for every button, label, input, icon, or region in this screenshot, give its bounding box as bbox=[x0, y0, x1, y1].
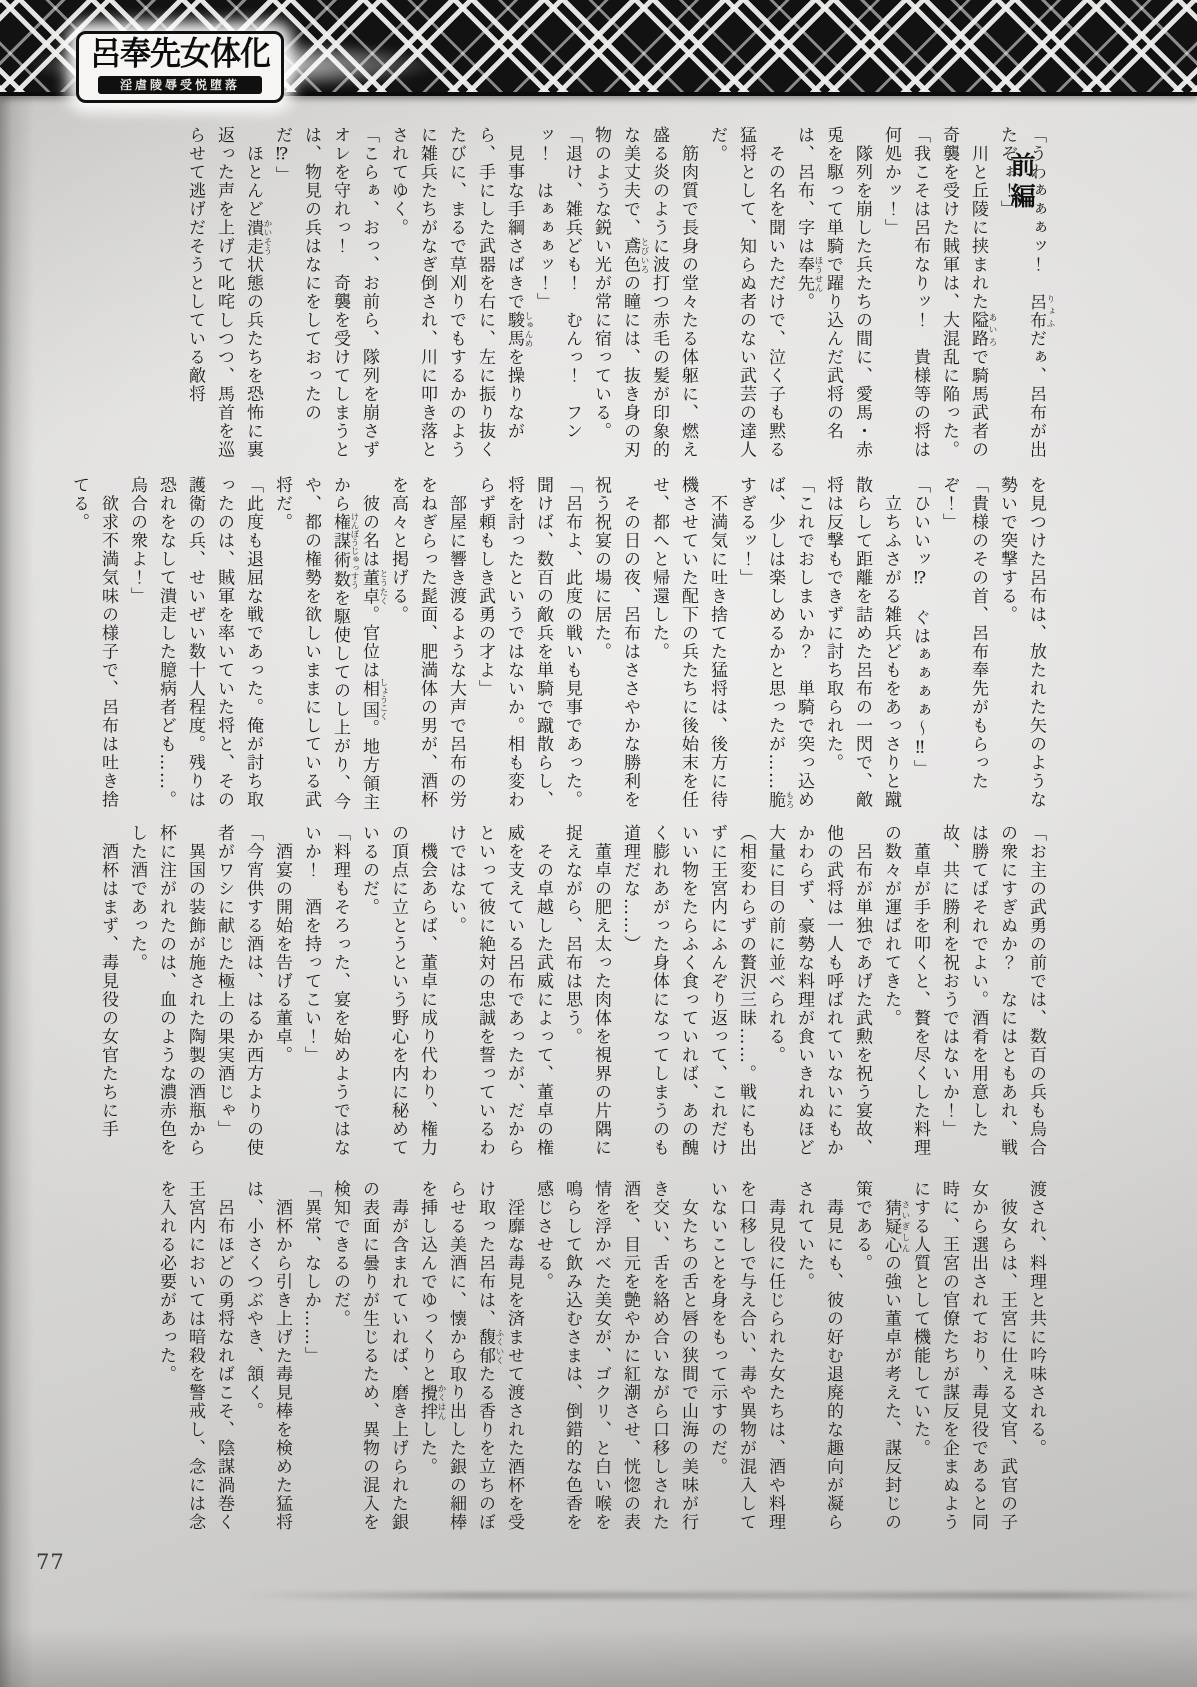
document-page: 呂奉先女体化 淫虐陵辱受悦堕落 前編 「うわぁぁぁッ！ 呂布りょふだぁ、呂布が出… bbox=[0, 0, 1197, 1687]
story-band-1: 「うわぁぁぁッ！ 呂布りょふだぁ、呂布が出たぞぉ！」 川と丘陵に挟まれた隘路あい… bbox=[58, 126, 1128, 474]
title-subtitle: 淫虐陵辱受悦堕落 bbox=[98, 76, 262, 94]
page-number: 77 bbox=[36, 1550, 65, 1574]
story-band-3: 「お主の武勇の前では、数百の兵も烏合の衆にすぎぬか？ なにはともあれ、戦は勝てば… bbox=[58, 824, 1050, 1174]
footer-smudge-line bbox=[240, 1592, 1197, 1599]
story-band-4: 渡され、料理と共に吟味される。 彼女らは、王宮に仕える文官、武官の子女から選出さ… bbox=[58, 1180, 1050, 1540]
title-box: 呂奉先女体化 淫虐陵辱受悦堕落 bbox=[76, 31, 284, 103]
page-title: 呂奉先女体化 bbox=[79, 33, 281, 75]
story-band-2: を見つけた呂布は、放たれた矢のような勢いで突撃する。 「貴様のその首、呂布奉先が… bbox=[58, 476, 1050, 824]
